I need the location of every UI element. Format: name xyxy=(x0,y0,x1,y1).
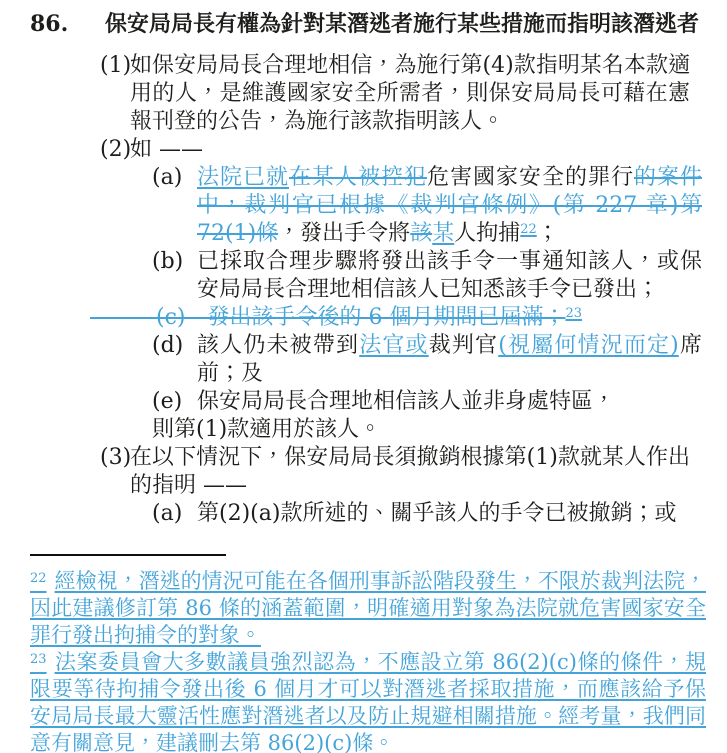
inserted-text: 法官或 xyxy=(359,333,429,358)
section-title: 保安局局長有權為針對某潛逃者施行某些措施而指明該潛逃者 xyxy=(105,10,699,38)
clause-1-label: (1) xyxy=(100,52,131,80)
deleted-text: (c) 發出該手令後的 6 個月期間已屆滿； xyxy=(90,305,565,330)
document-page: 86. 保安局局長有權為針對某潛逃者施行某些措施而指明該潛逃者 (1) 如保安局… xyxy=(0,0,727,753)
inserted-text: (視屬何情況而定) xyxy=(498,333,679,358)
clause-3a: (a) 第(2)(a)款所述的、關乎該人的手令已被撤銷；或 xyxy=(197,500,702,528)
deleted-text: 該 xyxy=(410,221,432,246)
clause-2d-text: 該人仍未被帶到 xyxy=(197,333,359,358)
clause-2b-text: 已採取合理步驟將發出該手令一事通知該人，或保安局局長合理地相信該人已知悉該手令已… xyxy=(197,249,702,302)
footnote-22-body: 22經檢視，潛逃的情況可能在各個刑事訴訟階段發生，不限於裁判法院，因此建議修訂第… xyxy=(30,569,706,647)
inserted-text: 法院已就 xyxy=(197,165,289,190)
footnote-23-text: 法案委員會大多數議員強烈認為，不應設立第 86(2)(c)條的條件，規限要等待拘… xyxy=(30,650,706,753)
clause-2b: (b) 已採取合理步驟將發出該手令一事通知該人，或保安局局長合理地相信該人已知悉… xyxy=(197,248,702,304)
footnote-23-body: 23法案委員會大多數議員強烈認為，不應設立第 86(2)(c)條的條件，規限要等… xyxy=(30,650,706,753)
clause-2a: (a) 法院已就在某人被控犯危害國家安全的罪行的案件中，裁判官已根據《裁判官條例… xyxy=(197,164,702,248)
clause-2d: (d) 該人仍未被帶到法官或裁判官(視屬何情況而定)席前；及 xyxy=(197,332,702,388)
footnote-22-marker: 22 xyxy=(30,571,47,586)
section-number: 86. xyxy=(30,10,105,38)
clause-1-text: 如保安局局長合理地相信，為施行第(4)款指明某名本款適用的人，是維護國家安全所需… xyxy=(130,53,690,134)
clause-3: (3) 在以下情況下，保安局局長須撤銷根據第(1)款就某人作出的指明 —— xyxy=(130,444,690,500)
footnote-22-text: 經檢視，潛逃的情況可能在各個刑事訴訟階段發生，不限於裁判法院，因此建議修訂第 8… xyxy=(30,569,706,647)
clause-2a-label: (a) xyxy=(152,164,182,192)
clause-2d-label: (d) xyxy=(152,332,183,360)
clause-1: (1) 如保安局局長合理地相信，為施行第(4)款指明某名本款適用的人，是維護國家… xyxy=(130,52,690,136)
clause-2a-text: 人拘捕 xyxy=(454,221,520,246)
footnote-23: 23法案委員會大多數議員強烈認為，不應設立第 86(2)(c)條的條件，規限要等… xyxy=(30,649,706,753)
clause-3-text: 在以下情況下，保安局局長須撤銷根據第(1)款就某人作出的指明 —— xyxy=(130,445,690,498)
footnote-22: 22經檢視，潛逃的情況可能在各個刑事訴訟階段發生，不限於裁判法院，因此建議修訂第… xyxy=(30,568,706,649)
section-heading: 86. 保安局局長有權為針對某潛逃者施行某些措施而指明該潛逃者 xyxy=(30,10,727,38)
clause-3-label: (3) xyxy=(100,444,131,472)
inserted-text: 某 xyxy=(432,221,454,246)
clause-2b-label: (b) xyxy=(152,248,183,276)
clause-2-text: 如 —— xyxy=(130,137,203,162)
clause-3a-label: (a) xyxy=(152,500,182,528)
footnote-ref-23: 23 xyxy=(565,306,582,321)
clause-2-closing-text: 則第(1)款適用於該人。 xyxy=(152,417,381,442)
clause-2e: (e) 保安局局長合理地相信該人並非身處特區， xyxy=(197,388,702,416)
clause-2-label: (2) xyxy=(100,136,131,164)
clause-2c-deleted: (c) 發出該手令後的 6 個月期間已屆滿；23 xyxy=(90,304,727,332)
deleted-text: 在某人被控犯 xyxy=(289,165,427,190)
clause-2e-label: (e) xyxy=(152,388,182,416)
footnote-separator xyxy=(30,554,226,556)
footnote-23-marker: 23 xyxy=(30,652,47,667)
clause-3a-text: 第(2)(a)款所述的、關乎該人的手令已被撤銷；或 xyxy=(197,501,676,526)
clause-2: (2) 如 —— xyxy=(130,136,690,164)
clause-2d-text: 裁判官 xyxy=(429,333,499,358)
clause-2e-text: 保安局局長合理地相信該人並非身處特區， xyxy=(197,389,615,414)
clause-2a-text: ； xyxy=(537,221,559,246)
footnote-ref-22: 22 xyxy=(520,222,537,237)
clause-2a-text: ，發出手令將 xyxy=(278,221,410,246)
clause-2-closing: 則第(1)款適用於該人。 xyxy=(152,416,702,444)
clause-2a-text: 危害國家安全的罪行 xyxy=(427,165,634,190)
